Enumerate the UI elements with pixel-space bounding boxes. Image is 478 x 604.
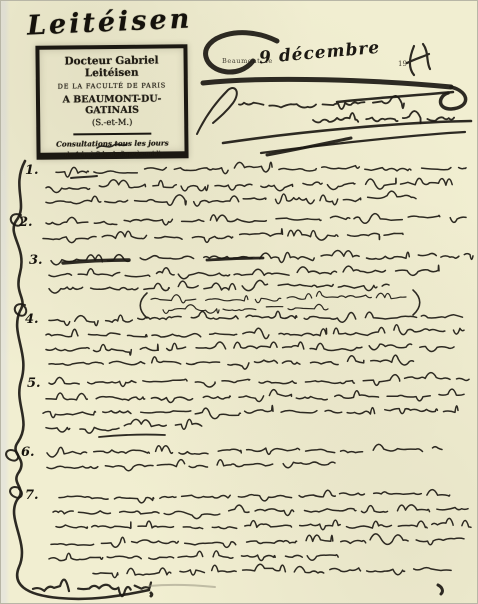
ink-stroke [49, 551, 338, 561]
ink-stroke [46, 342, 454, 355]
ink-stroke [407, 44, 430, 75]
manuscript-item-number: 1. [25, 163, 39, 178]
ink-stroke [46, 325, 464, 339]
ink-stroke [49, 280, 389, 293]
ink-stroke [43, 406, 458, 419]
ink-stroke [206, 33, 277, 72]
ink-stroke [56, 518, 471, 529]
manuscript-item-number: 2. [19, 215, 33, 230]
ink-stroke [149, 585, 215, 587]
ink-stroke [163, 304, 328, 313]
ink-stroke [46, 389, 464, 402]
ink-stroke [43, 229, 403, 243]
ink-stroke [49, 373, 469, 387]
ink-stroke [56, 162, 466, 177]
ink-stroke [140, 293, 147, 318]
ink-stroke [49, 265, 439, 278]
ink-stroke [413, 290, 420, 315]
manuscript-item-number: 3. [29, 253, 43, 268]
ink-stroke [267, 138, 351, 155]
ink-stroke [59, 490, 450, 503]
ink-stroke [71, 176, 97, 178]
scanned-document-page: Leitéisen Docteur Gabriel Leitéisen DE L… [0, 0, 478, 604]
ink-stroke [197, 88, 237, 134]
manuscript-item-number: 4. [25, 312, 39, 327]
handwriting-strokes [1, 1, 478, 604]
ink-stroke [207, 258, 263, 260]
ink-stroke [151, 593, 152, 596]
ink-stroke [99, 435, 165, 437]
ink-stroke [203, 79, 451, 87]
manuscript-item-number: 5. [27, 376, 41, 391]
ink-stroke [49, 311, 463, 325]
ink-stroke [46, 419, 202, 433]
ink-stroke [46, 191, 416, 206]
ink-stroke [53, 505, 468, 519]
ink-stroke [151, 291, 406, 302]
ink-stroke [46, 178, 452, 192]
manuscript-item-number: 7. [25, 488, 39, 503]
ink-stroke [6, 450, 18, 461]
ink-stroke [93, 564, 451, 577]
ink-stroke [337, 92, 453, 102]
ink-stroke [47, 444, 442, 457]
manuscript-item-number: 6. [21, 445, 35, 460]
ink-stroke [49, 355, 414, 369]
ink-stroke [440, 87, 465, 109]
ink-stroke [47, 460, 335, 471]
ink-stroke [51, 534, 464, 548]
ink-stroke [438, 585, 442, 594]
ink-stroke [97, 144, 127, 148]
ink-stroke [46, 214, 466, 225]
